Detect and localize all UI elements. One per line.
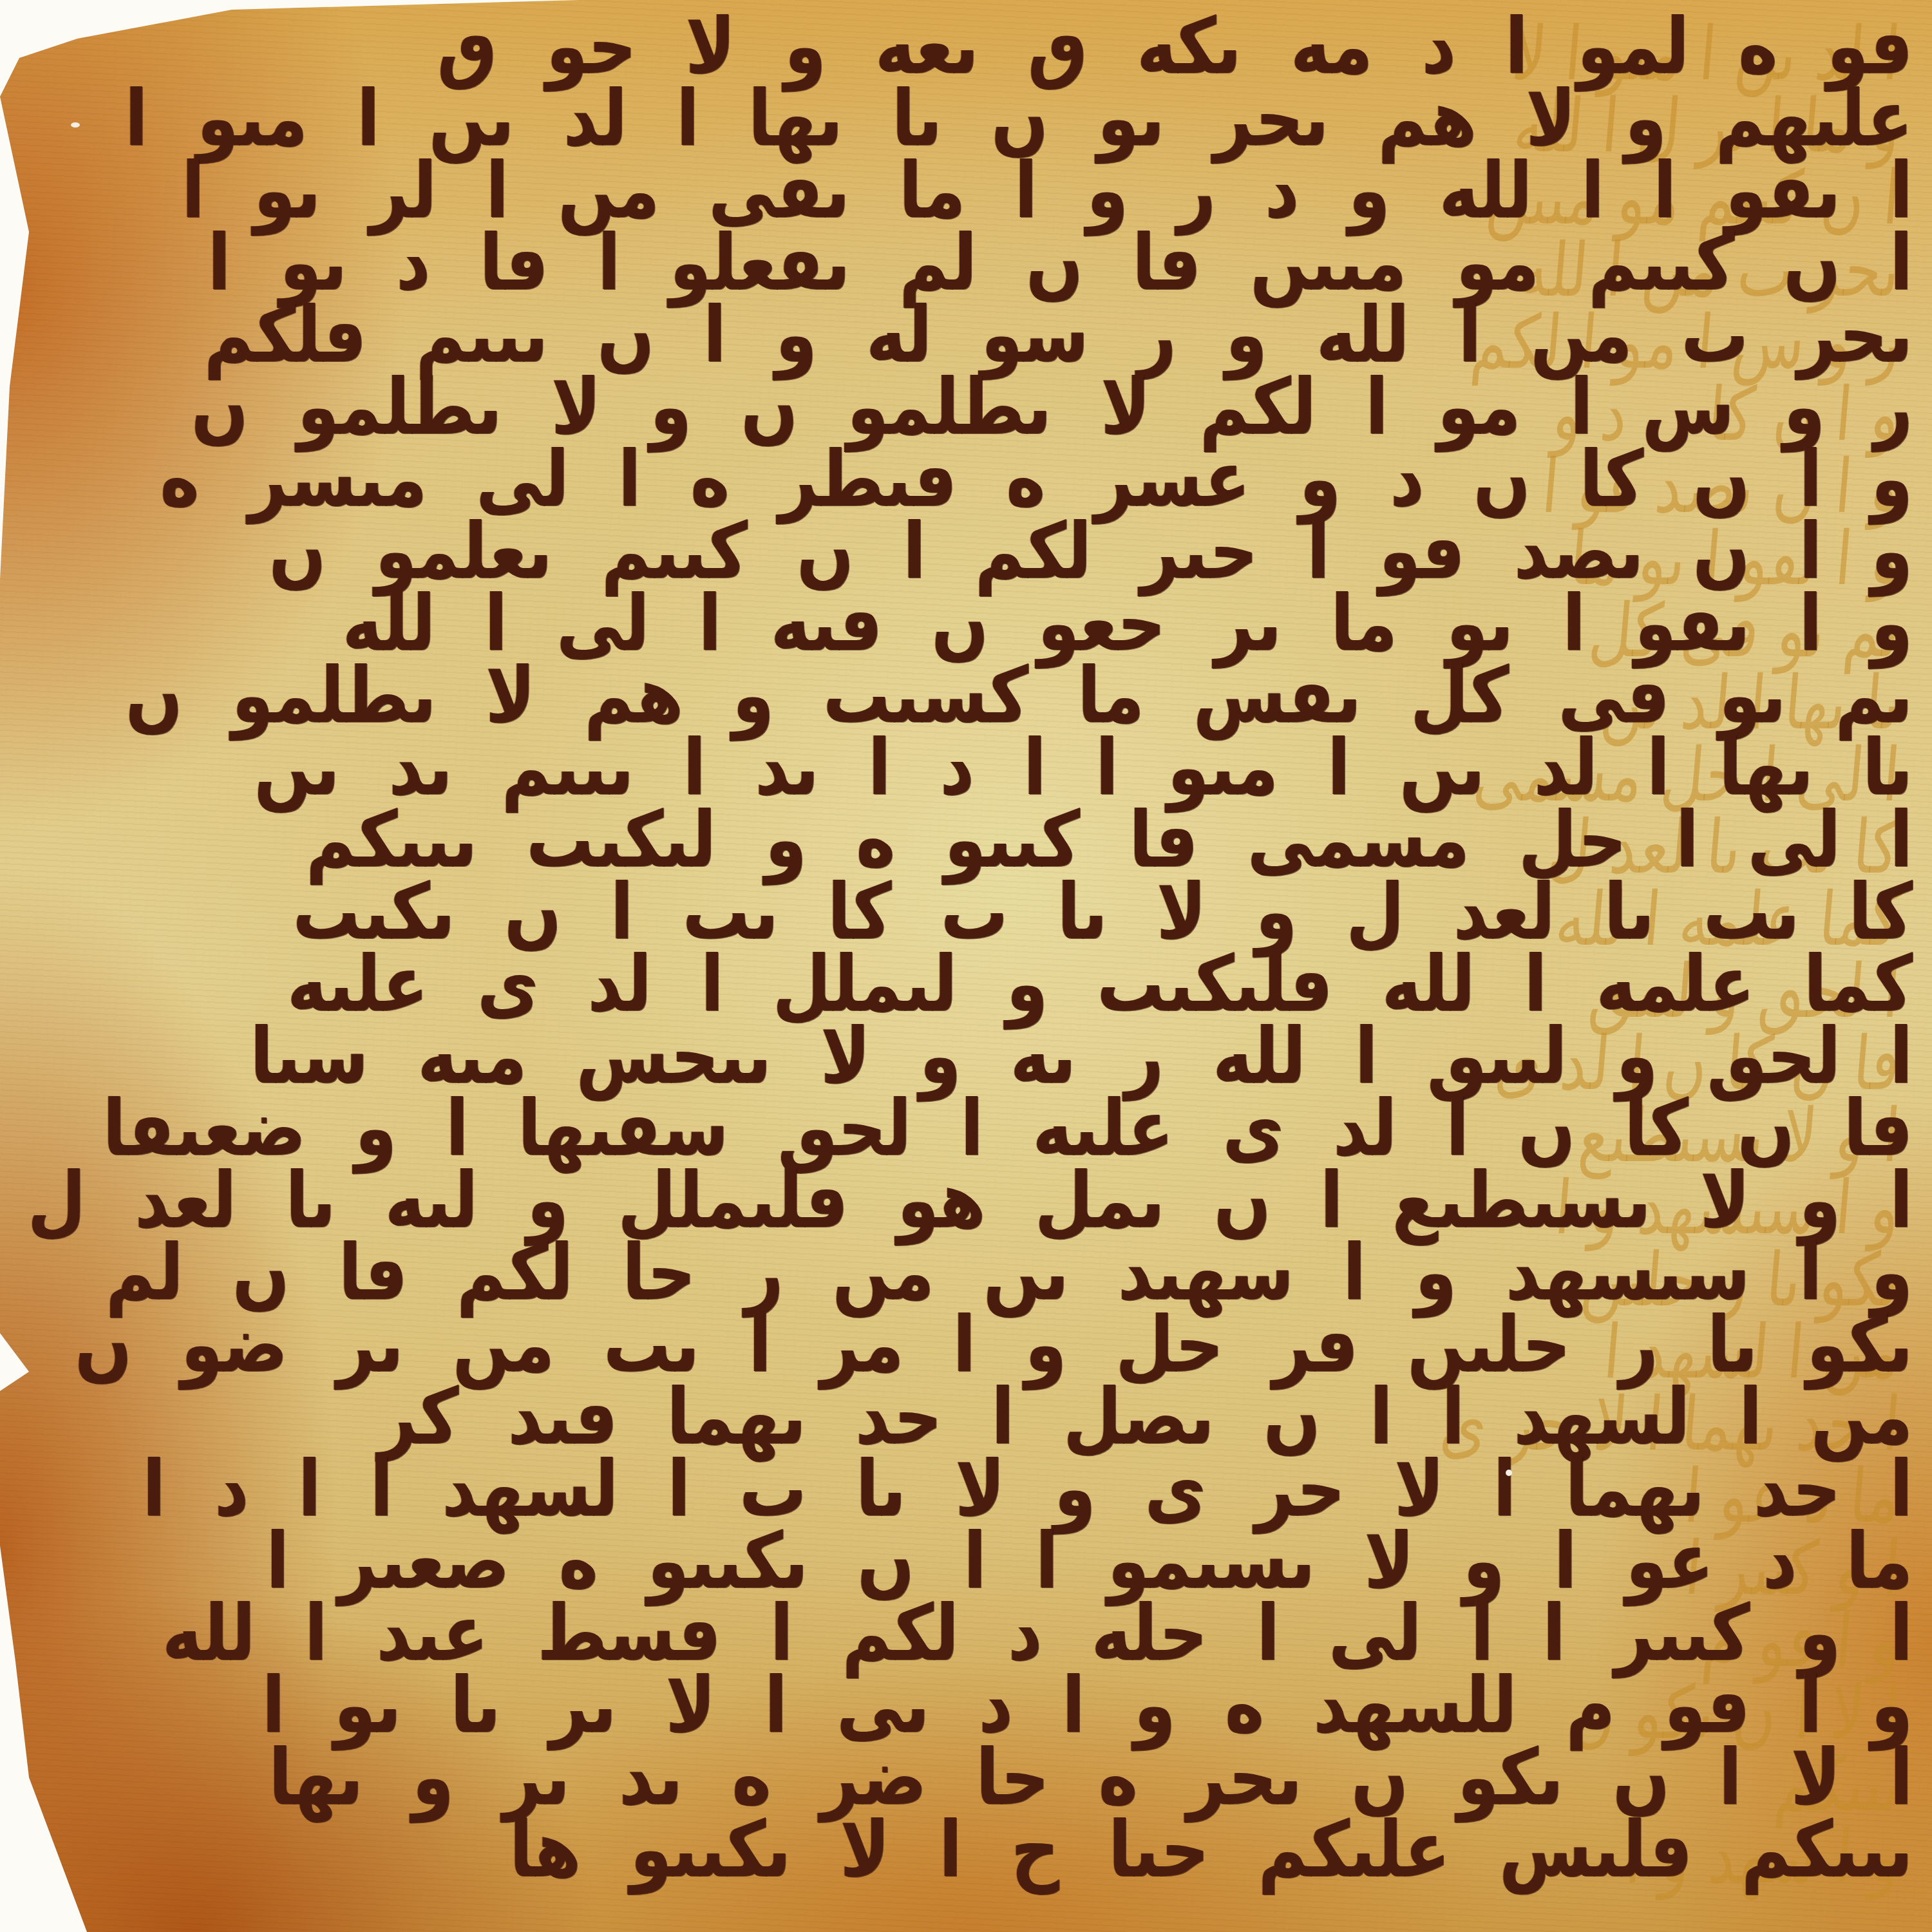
- parchment-hole: [1506, 1470, 1512, 1476]
- text-line: و ا سهد و اٮٮٮكم ڡلٮس علٮكم حٮا ح ا لا ٮ…: [19, 1816, 1913, 1888]
- manuscript-photo: ا لد ٮں ا مٮو ا لاڡو ه لمو ا د مه ٮكه ٯ …: [0, 0, 1932, 1932]
- parchment-hole: [71, 122, 80, 128]
- text-block: ا لد ٮں ا مٮو ا لاڡو ه لمو ا د مه ٮكه ٯ …: [19, 13, 1913, 1888]
- parchment-leaf: ا لد ٮں ا مٮو ا لاڡو ه لمو ا د مه ٮكه ٯ …: [0, 0, 1932, 1932]
- upper-text: ٮٮٮكم ڡلٮس علٮكم حٮا ح ا لا ٮكٮٮو ها: [509, 1804, 1913, 1895]
